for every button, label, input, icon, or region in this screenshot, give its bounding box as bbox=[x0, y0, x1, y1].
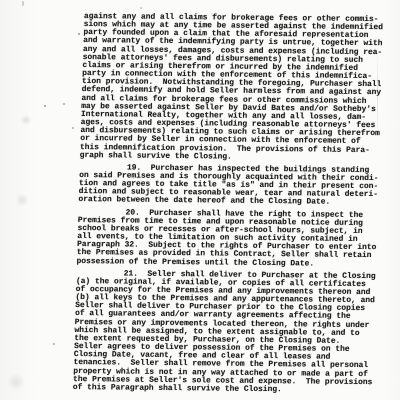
paragraph-19-inspection-as-is: 19. Purchaser has inspected the building… bbox=[78, 164, 395, 208]
scan-speck bbox=[140, 7, 142, 9]
scan-speck bbox=[78, 33, 80, 35]
scan-speck bbox=[63, 103, 65, 105]
scan-speck bbox=[22, 1, 24, 6]
scan-speck bbox=[72, 127, 74, 129]
document-page: against any and all claims for brokerage… bbox=[0, 0, 400, 400]
paragraph-21-closing-deliverables: 21. Seller shall deliver to Purchaser at… bbox=[73, 270, 393, 396]
contract-text-block: against any and all claims for brokerage… bbox=[73, 13, 400, 399]
scan-speck bbox=[44, 105, 46, 107]
scan-speck bbox=[53, 343, 55, 345]
scan-streak bbox=[377, 52, 378, 137]
paragraph-indemnification-continuation: against any and all claims for brokerage… bbox=[80, 13, 400, 163]
paragraph-20-right-to-inspect: 20. Purchaser shall have the right to in… bbox=[76, 209, 394, 269]
